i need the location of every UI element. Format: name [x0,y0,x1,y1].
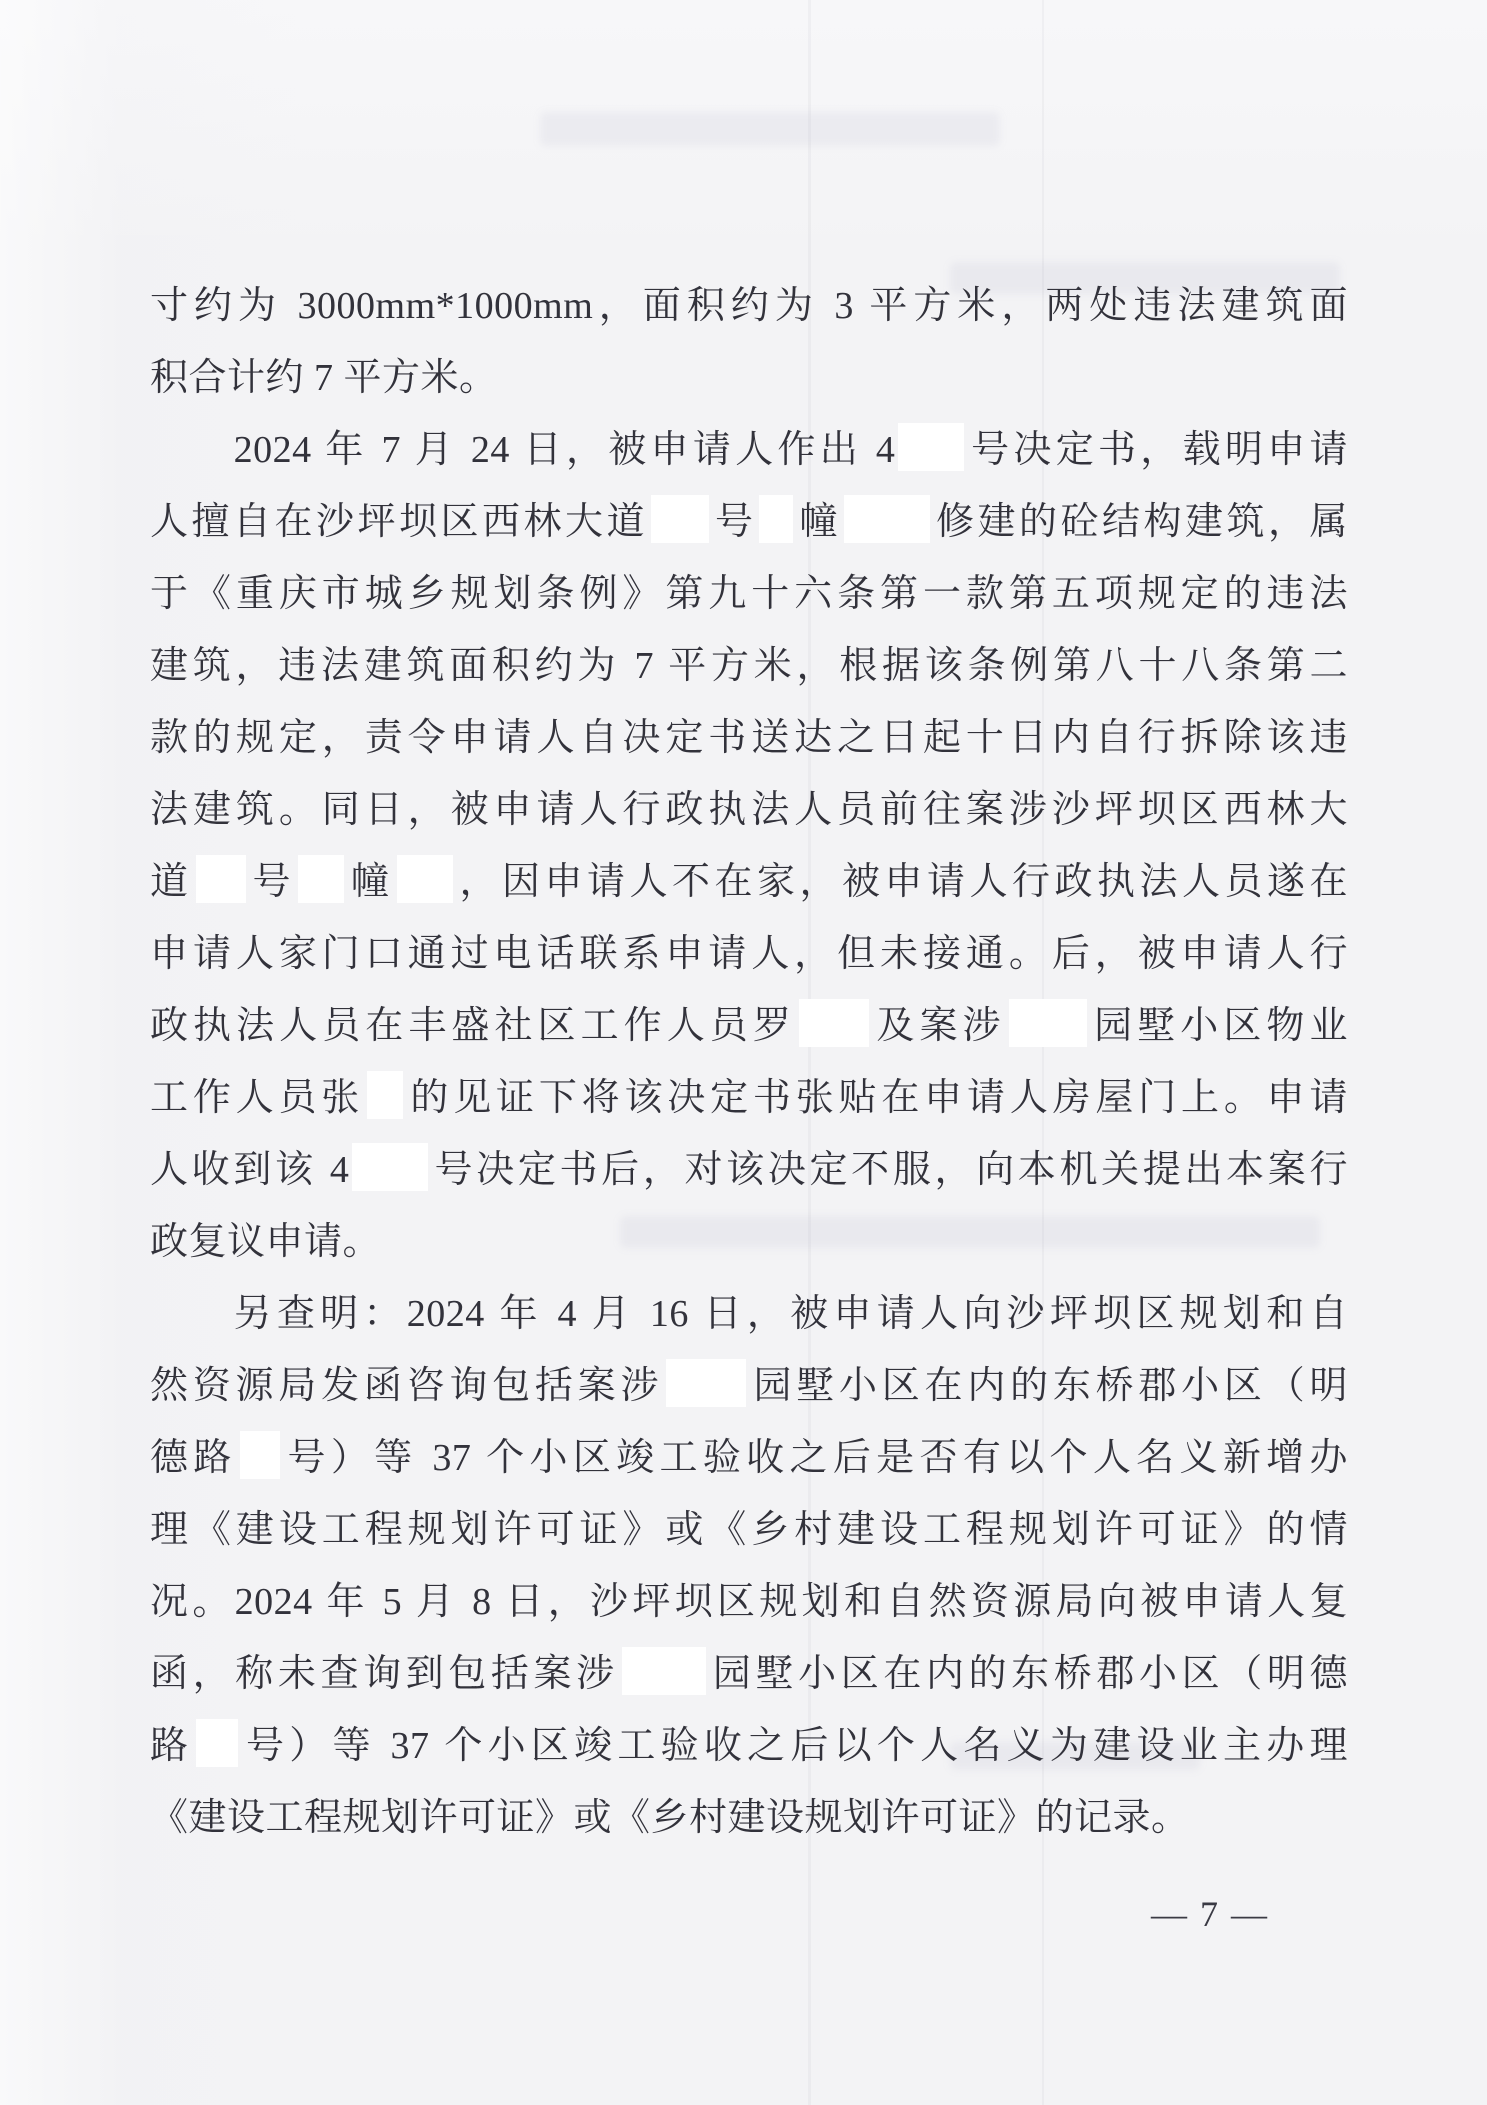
text-segment: 2024 年 7 月 24 日，被申请人作出 4 [234,429,896,471]
text-line: 然资源局发函咨询包括案涉园墅小区在内的东桥郡小区（明 [150,1350,1348,1422]
text-segment: 寸约为 3000mm*1000mm，面积约为 3 平方米，两处违法建筑面 [150,285,1348,327]
redaction-box [1009,999,1087,1047]
text-segment: 人收到该 4 [150,1149,349,1191]
text-line: 款的规定，责令申请人自决定书送达之日起十日内自行拆除该违 [150,702,1348,774]
text-segment: 政执法人员在丰盛社区工作人员罗 [150,1005,796,1047]
text-segment: 人擅自在沙坪坝区西林大道 [150,501,648,543]
text-segment: 函，称未查询到包括案涉 [150,1653,619,1695]
text-segment: 政复议申请。 [150,1221,381,1263]
text-segment: 另查明：2024 年 4 月 16 日，被申请人向沙坪坝区规划和自 [234,1293,1348,1335]
text-segment: 道 [150,861,193,903]
redaction-box [844,495,930,543]
text-segment: 幢 [796,501,841,543]
text-segment: 幢 [347,861,394,903]
redaction-box [196,855,246,903]
text-line: 政执法人员在丰盛社区工作人员罗及案涉园墅小区物业 [150,990,1348,1062]
text-segment: 园墅小区在内的东桥郡小区（明德 [709,1653,1348,1695]
text-segment: 号 [712,501,757,543]
redaction-box [666,1359,746,1407]
redaction-box [622,1647,706,1695]
text-line: 人擅自在沙坪坝区西林大道号幢修建的砼结构建筑，属 [150,486,1348,558]
text-segment: 修建的砼结构建筑，属 [933,501,1348,543]
text-segment: ，因申请人不在家，被申请人行政执法人员遂在 [456,861,1348,903]
redaction-box [240,1431,280,1479]
text-line: 寸约为 3000mm*1000mm，面积约为 3 平方米，两处违法建筑面 [150,270,1348,342]
text-line: 人收到该 4号决定书后，对该决定不服，向本机关提出本案行 [150,1134,1348,1206]
text-segment: 于《重庆市城乡规划条例》第九十六条第一款第五项规定的违法 [150,573,1348,615]
text-line: 况。2024 年 5 月 8 日，沙坪坝区规划和自然资源局向被申请人复 [150,1566,1348,1638]
redaction-box [799,999,869,1047]
text-segment: 然资源局发函咨询包括案涉 [150,1365,663,1407]
document-lines: 寸约为 3000mm*1000mm，面积约为 3 平方米，两处违法建筑面积合计约… [150,270,1348,1854]
text-line: 建筑，违法建筑面积约为 7 平方米，根据该条例第八十八条第二 [150,630,1348,702]
redaction-box [651,495,709,543]
redaction-box [898,423,964,471]
bleed-through-artifact [540,112,1000,146]
page-number: — 7 — [1151,1893,1269,1935]
redaction-box [759,495,793,543]
text-line: 路号）等 37 个小区竣工验收之后以个人名义为建设业主办理 [150,1710,1348,1782]
text-segment: 号 [249,861,296,903]
text-segment: 款的规定，责令申请人自决定书送达之日起十日内自行拆除该违 [150,717,1348,759]
text-line: 政复议申请。 [150,1206,1348,1278]
text-segment: 建筑，违法建筑面积约为 7 平方米，根据该条例第八十八条第二 [150,645,1348,687]
text-segment: 园墅小区在内的东桥郡小区（明 [749,1365,1348,1407]
text-segment: 申请人家门口通过电话联系申请人，但未接通。后，被申请人行 [150,933,1348,975]
text-line: 函，称未查询到包括案涉园墅小区在内的东桥郡小区（明德 [150,1638,1348,1710]
text-segment: 的见证下将该决定书张贴在申请人房屋门上。申请 [406,1077,1348,1119]
text-line: 理《建设工程规划许可证》或《乡村建设工程规划许可证》的情 [150,1494,1348,1566]
redaction-box [397,855,453,903]
text-line: 申请人家门口通过电话联系申请人，但未接通。后，被申请人行 [150,918,1348,990]
text-segment: 理《建设工程规划许可证》或《乡村建设工程规划许可证》的情 [150,1509,1348,1551]
text-line: 工作人员张的见证下将该决定书张贴在申请人房屋门上。申请 [150,1062,1348,1134]
text-segment: 号决定书后，对该决定不服，向本机关提出本案行 [431,1149,1348,1191]
text-segment: 路 [150,1725,193,1767]
text-line: 法建筑。同日，被申请人行政执法人员前往案涉沙坪坝区西林大 [150,774,1348,846]
redaction-box [196,1719,238,1767]
text-segment: 法建筑。同日，被申请人行政执法人员前往案涉沙坪坝区西林大 [150,789,1348,831]
text-segment: 《建设工程规划许可证》或《乡村建设规划许可证》的记录。 [150,1797,1190,1839]
text-line: 《建设工程规划许可证》或《乡村建设规划许可证》的记录。 [150,1782,1348,1854]
text-segment: 号）等 37 个小区竣工验收之后以个人名义为建设业主办理 [241,1725,1348,1767]
text-segment: 及案涉 [872,1005,1006,1047]
text-segment: 园墅小区物业 [1090,1005,1348,1047]
text-segment: 德路 [150,1437,237,1479]
text-line: 2024 年 7 月 24 日，被申请人作出 4号决定书，载明申请 [150,414,1348,486]
text-segment: 况。2024 年 5 月 8 日，沙坪坝区规划和自然资源局向被申请人复 [150,1581,1348,1623]
text-line: 积合计约 7 平方米。 [150,342,1348,414]
text-segment: 号决定书，载明申请 [967,429,1348,471]
text-line: 于《重庆市城乡规划条例》第九十六条第一款第五项规定的违法 [150,558,1348,630]
text-line: 德路号）等 37 个小区竣工验收之后是否有以个人名义新增办 [150,1422,1348,1494]
redaction-box [298,855,344,903]
text-segment: 工作人员张 [150,1077,364,1119]
text-line: 道号幢，因申请人不在家，被申请人行政执法人员遂在 [150,846,1348,918]
text-segment: 积合计约 7 平方米。 [150,357,498,399]
redaction-box [352,1143,428,1191]
text-segment: 号）等 37 个小区竣工验收之后是否有以个人名义新增办 [283,1437,1348,1479]
text-line: 另查明：2024 年 4 月 16 日，被申请人向沙坪坝区规划和自 [150,1278,1348,1350]
redaction-box [367,1071,403,1119]
